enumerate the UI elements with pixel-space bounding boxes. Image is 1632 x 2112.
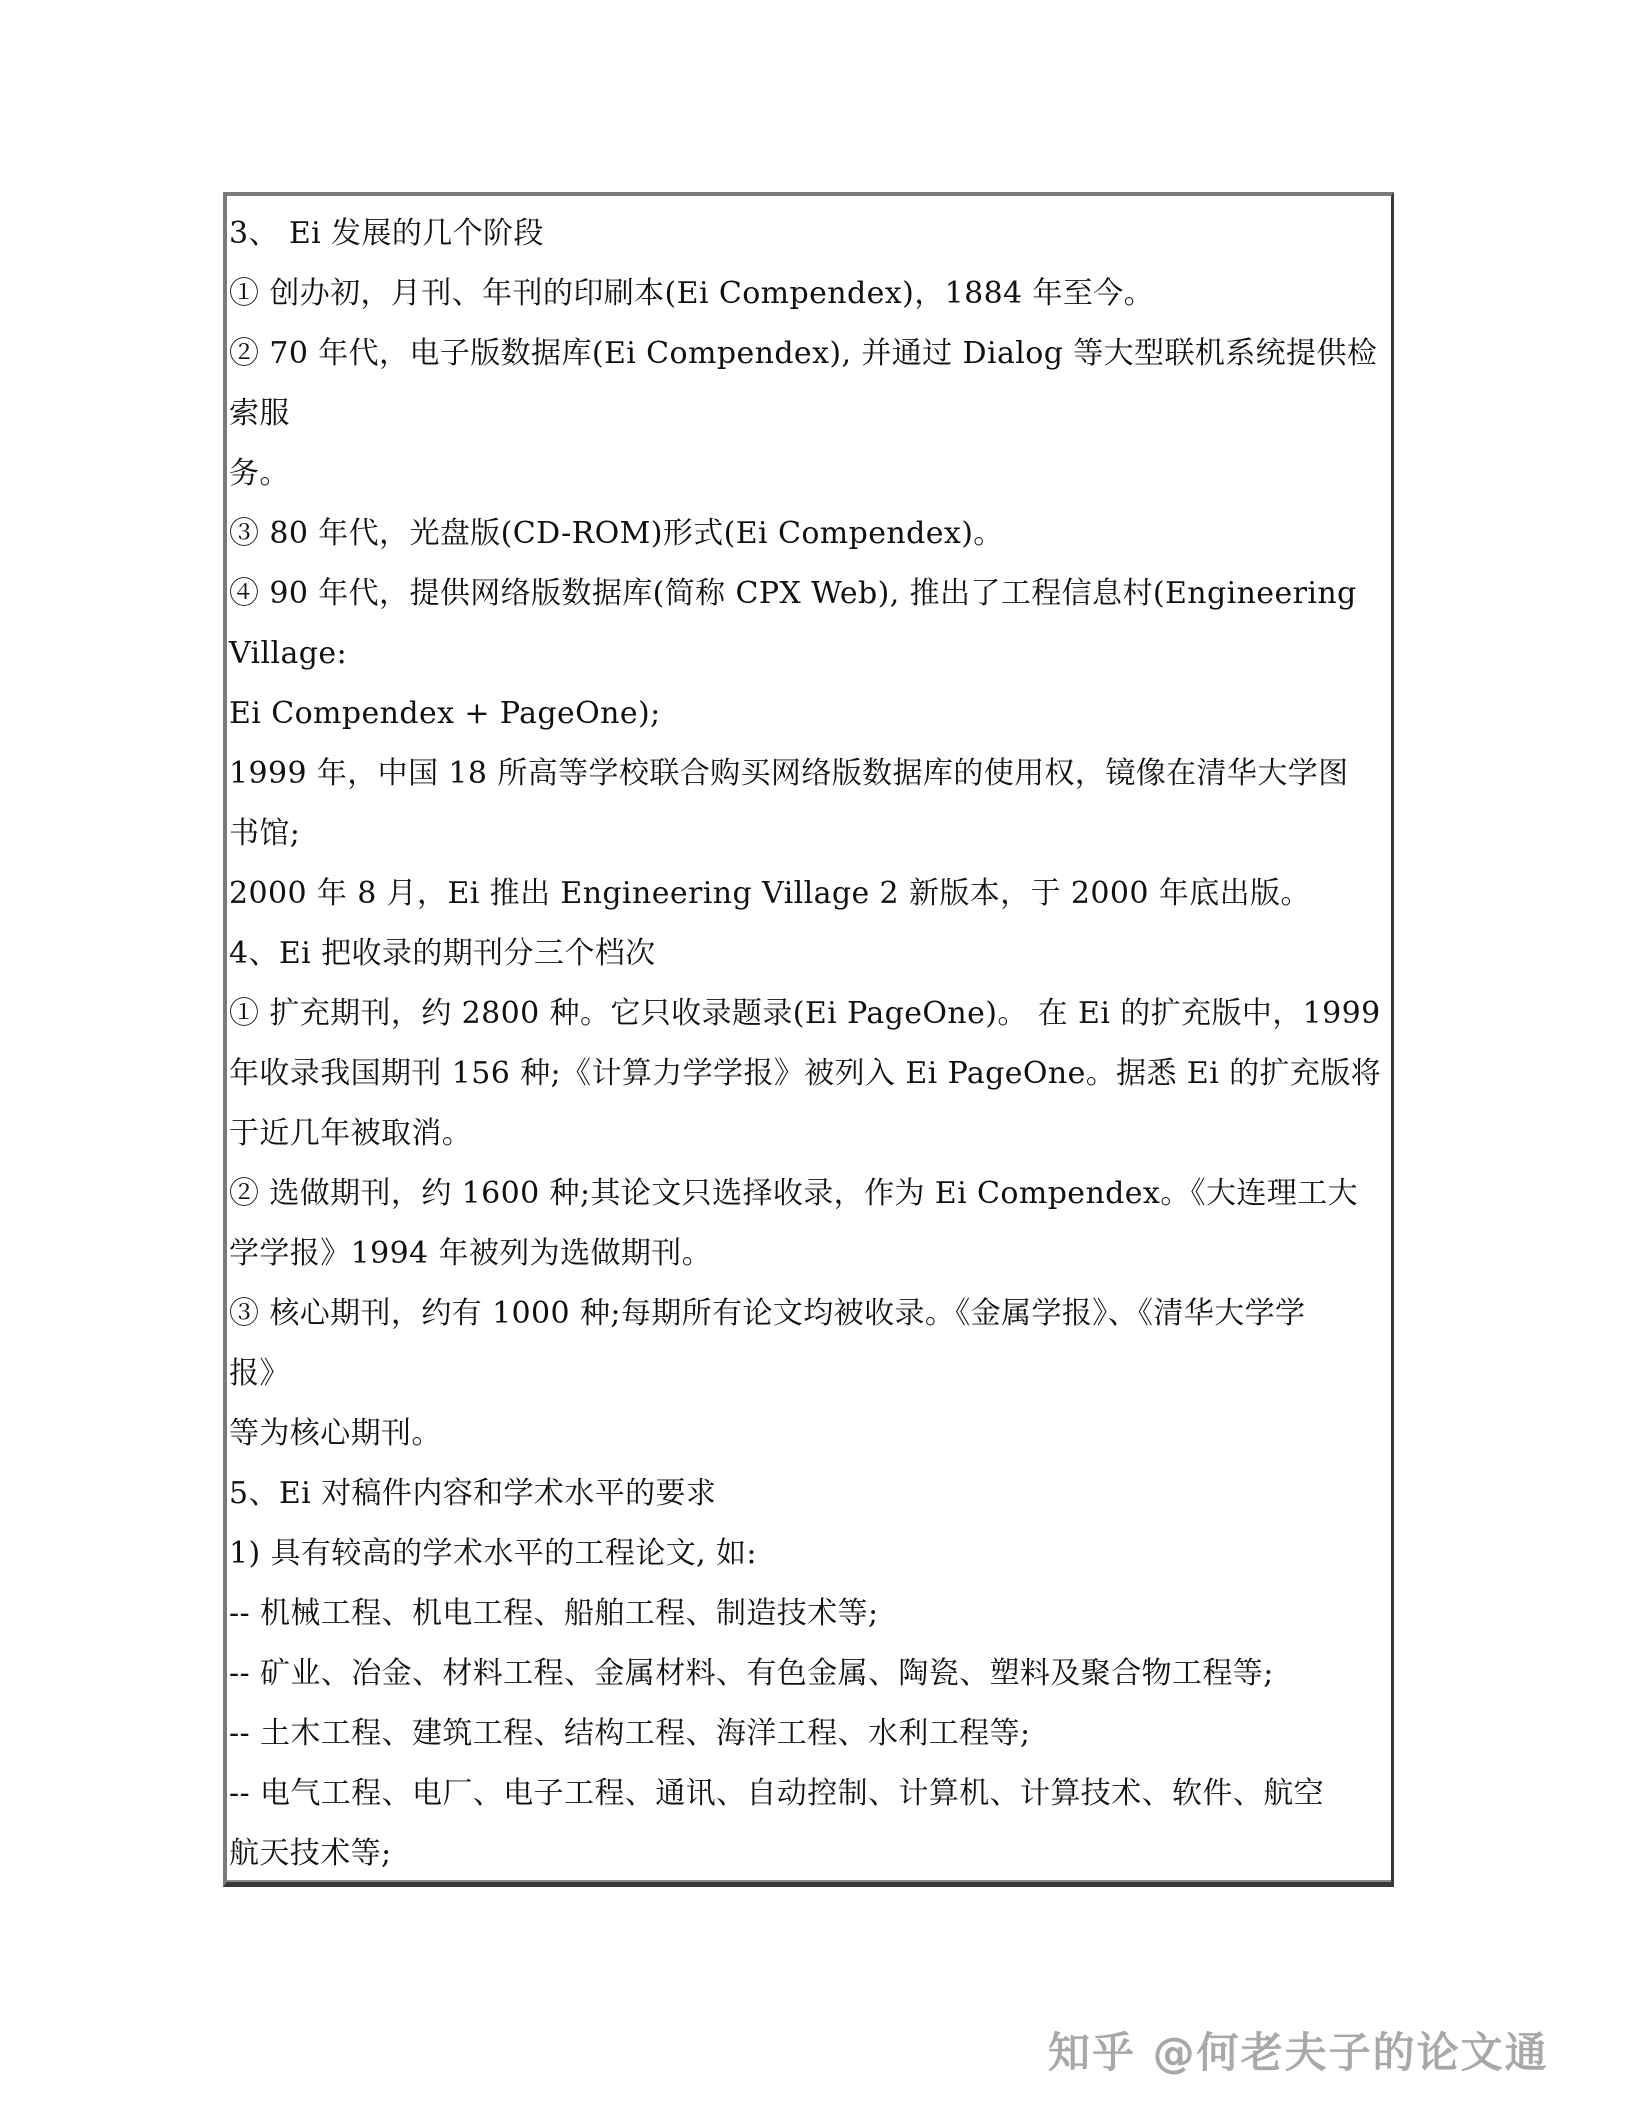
- section-heading-ei-stages: 3、 Ei 发展的几个阶段: [229, 204, 1391, 264]
- text-line: 1999 年，中国 18 所高等学校联合购买网络版数据库的使用权，镜像在清华大学…: [229, 744, 1391, 804]
- text-line: Ei Compendex + PageOne);: [229, 684, 1391, 744]
- section-heading-journal-tiers: 4、Ei 把收录的期刊分三个档次: [229, 924, 1391, 984]
- text-line: 务。: [229, 444, 1391, 504]
- text-line: 1) 具有较高的学术水平的工程论文, 如:: [229, 1524, 1391, 1584]
- list-item: -- 机械工程、机电工程、船舶工程、制造技术等;: [229, 1584, 1391, 1644]
- text-line: 报》: [229, 1344, 1391, 1404]
- text-line: Village:: [229, 624, 1391, 684]
- text-line: 学学报》1994 年被列为选做期刊。: [229, 1224, 1391, 1284]
- text-line: ① 创办初，月刊、年刊的印刷本(Ei Compendex)，1884 年至今。: [229, 264, 1391, 324]
- text-line: 2000 年 8 月，Ei 推出 Engineering Village 2 新…: [229, 864, 1391, 924]
- text-line: 于近几年被取消。: [229, 1104, 1391, 1164]
- text-line: ① 扩充期刊，约 2800 种。它只收录题录(Ei PageOne)。 在 Ei…: [229, 984, 1391, 1044]
- document-text-lines: 3、 Ei 发展的几个阶段 ① 创办初，月刊、年刊的印刷本(Ei Compend…: [229, 204, 1391, 1884]
- list-item: -- 矿业、冶金、材料工程、金属材料、有色金属、陶瓷、塑料及聚合物工程等;: [229, 1644, 1391, 1704]
- text-line: ④ 90 年代，提供网络版数据库(简称 CPX Web), 推出了工程信息村(E…: [229, 564, 1391, 624]
- text-line: ③ 核心期刊，约有 1000 种;每期所有论文均被收录。《金属学报》、《清华大学…: [229, 1284, 1391, 1344]
- text-line: ③ 80 年代，光盘版(CD-ROM)形式(Ei Compendex)。: [229, 504, 1391, 564]
- text-line: 航天技术等;: [229, 1824, 1391, 1884]
- list-item: -- 土木工程、建筑工程、结构工程、海洋工程、水利工程等;: [229, 1704, 1391, 1764]
- zhihu-watermark: 知乎 @何老夫子的论文通: [1048, 2020, 1549, 2080]
- document-content-box: 3、 Ei 发展的几个阶段 ① 创办初，月刊、年刊的印刷本(Ei Compend…: [223, 192, 1394, 1887]
- list-item: -- 电气工程、电厂、电子工程、通讯、自动控制、计算机、计算技术、软件、航空: [229, 1764, 1391, 1824]
- text-line: 索服: [229, 384, 1391, 444]
- section-heading-requirements: 5、Ei 对稿件内容和学术水平的要求: [229, 1464, 1391, 1524]
- text-line: ② 选做期刊，约 1600 种;其论文只选择收录，作为 Ei Compendex…: [229, 1164, 1391, 1224]
- text-line: 书馆;: [229, 804, 1391, 864]
- text-line: 等为核心期刊。: [229, 1404, 1391, 1464]
- text-line: 年收录我国期刊 156 种;《计算力学学报》被列入 Ei PageOne。据悉 …: [229, 1044, 1391, 1104]
- text-line: ② 70 年代，电子版数据库(Ei Compendex), 并通过 Dialog…: [229, 324, 1391, 384]
